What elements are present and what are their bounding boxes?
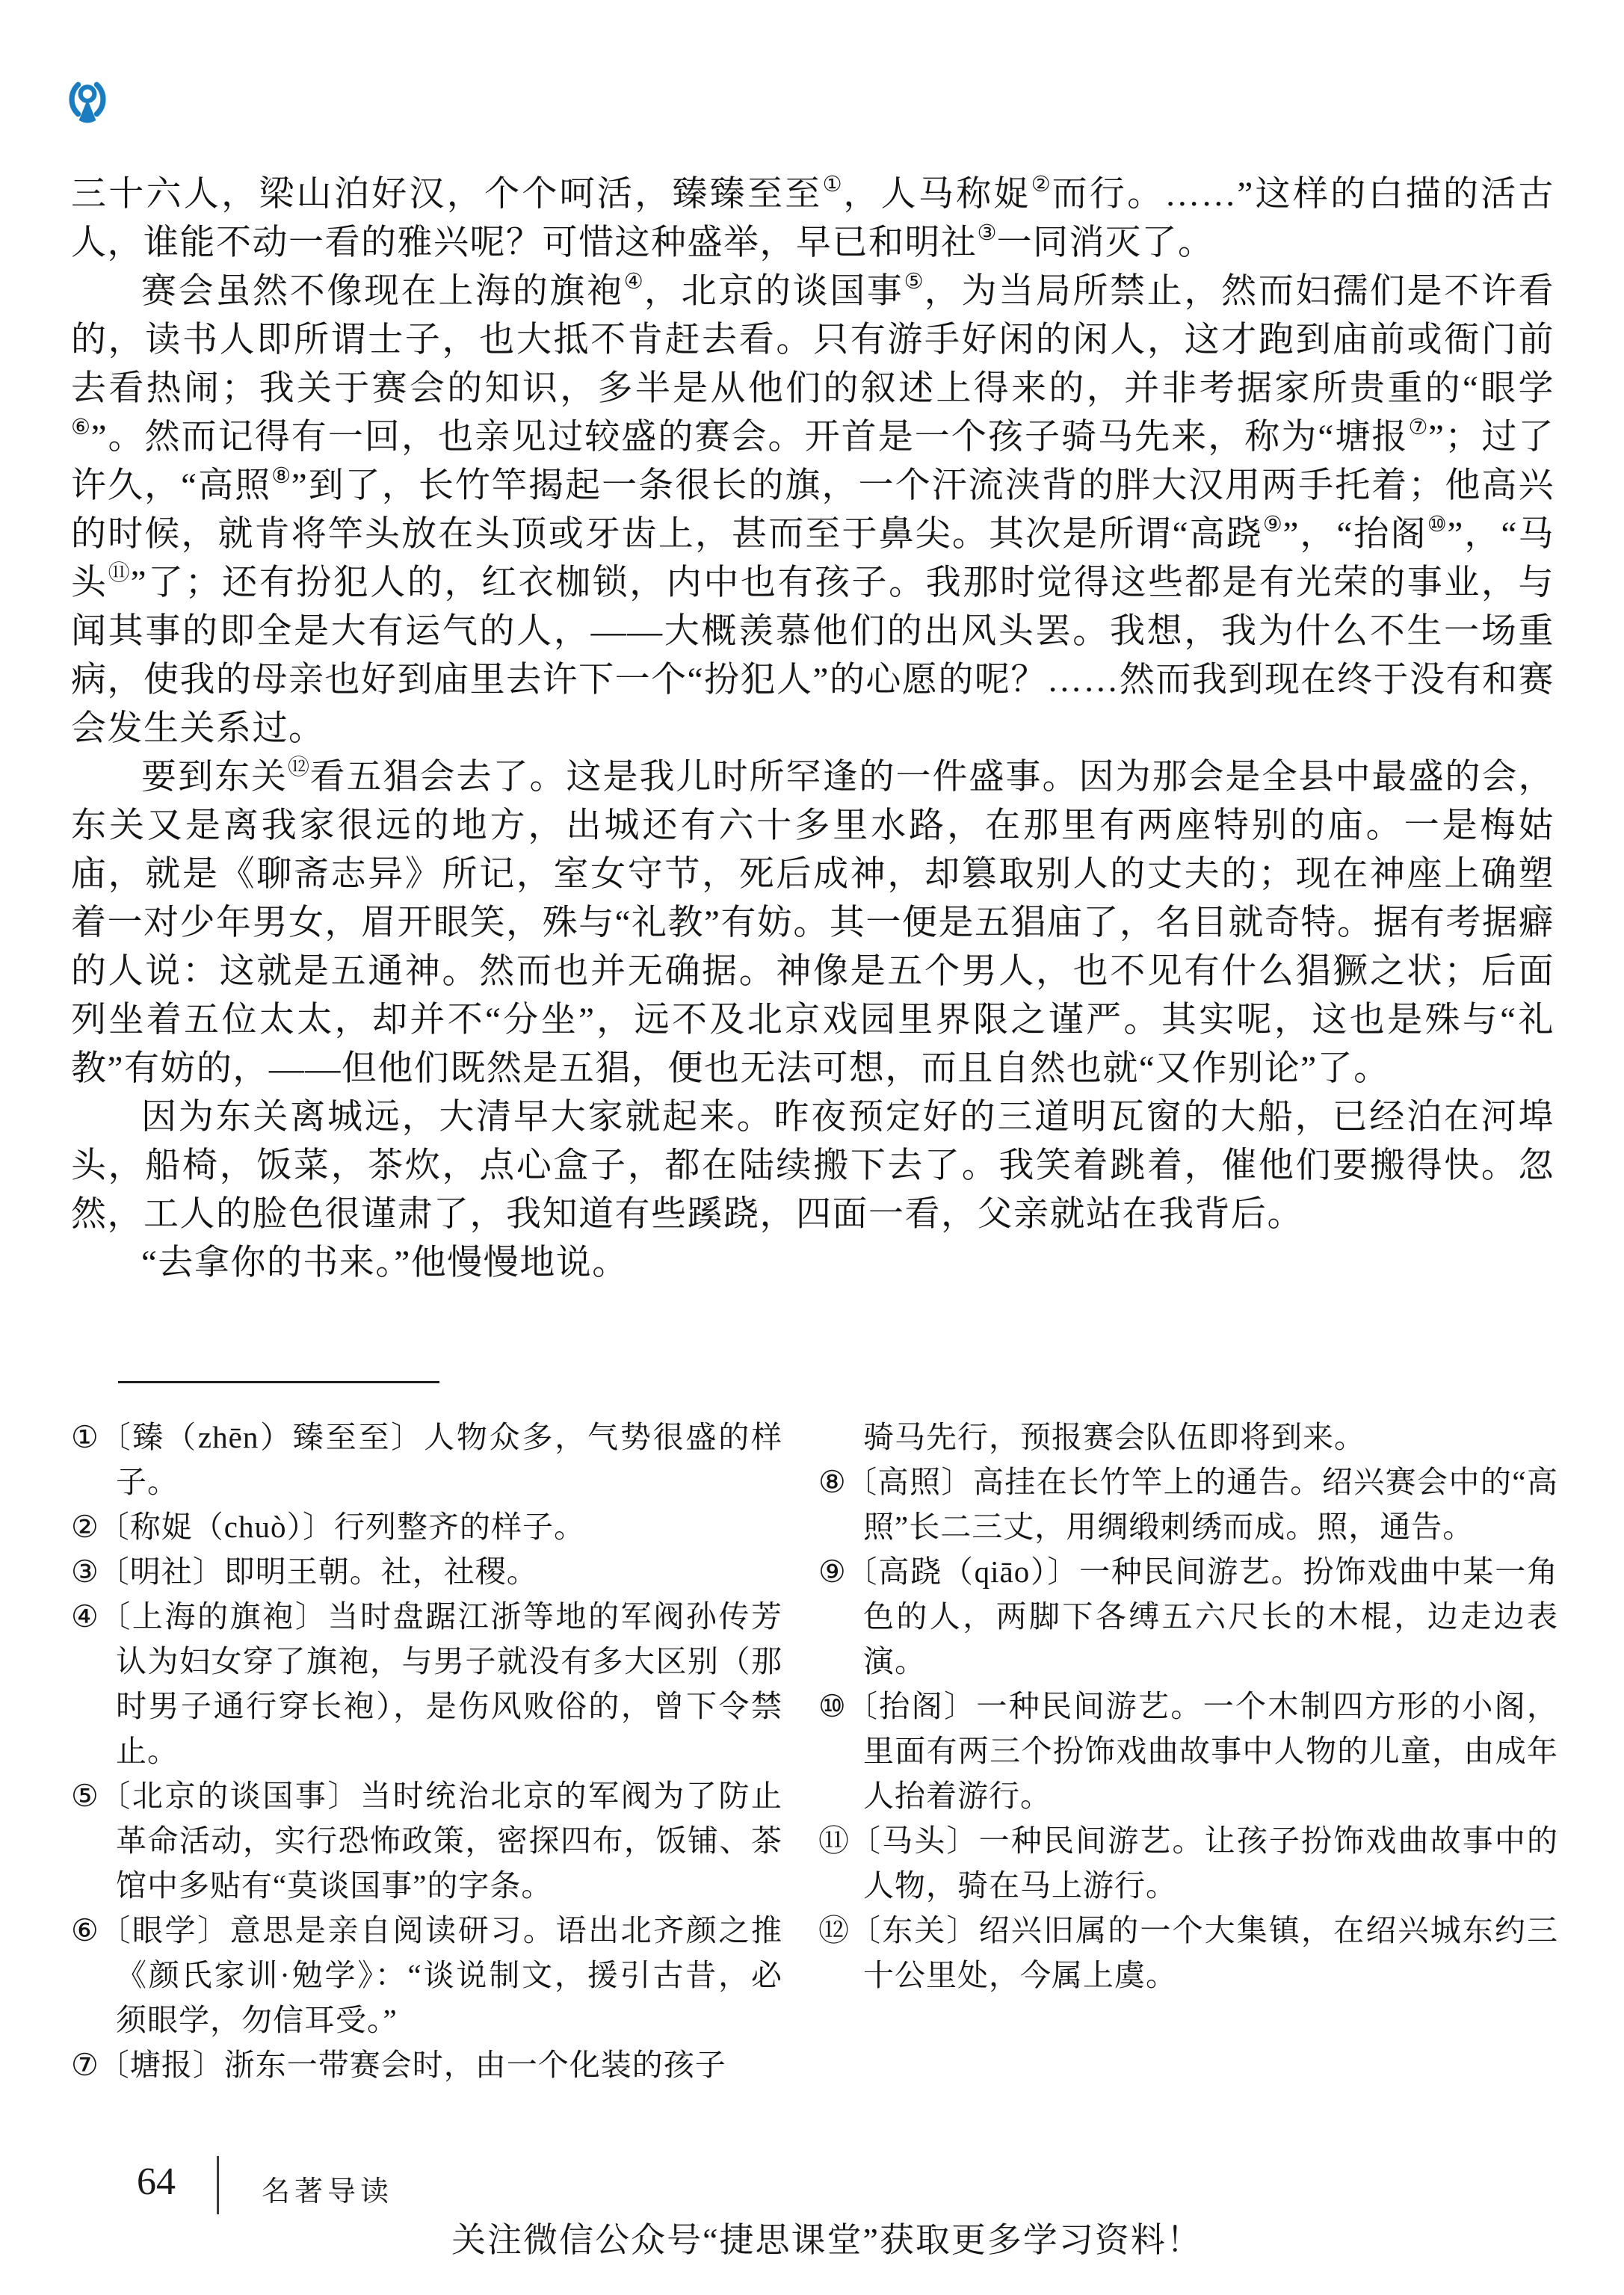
paragraph: 赛会虽然不像现在上海的旗袍④，北京的谈国事⑤，为当局所禁止，然而妇孺们是不许看的…	[71, 268, 1554, 753]
footnote-text: 〔北京的谈国事〕当时统治北京的军阀为了防止革命活动，实行恐怖政策，密探四布，饭铺…	[99, 1779, 782, 1903]
footnote-text: 〔高照〕高挂在长竹竿上的通告。绍兴赛会中的“高照”长二三丈，用绸缎刺绣而成。照，…	[846, 1465, 1558, 1544]
footnote-number: ⑤	[71, 1779, 99, 1813]
footnote-number: ④	[71, 1599, 99, 1634]
broadcast-person-icon	[66, 79, 109, 124]
text-run: ”。然而记得有一回，也亲见过较盛的赛会。开首是一个孩子骑马先来，称为“塘报	[91, 418, 1409, 457]
text-run: 一同消灭了。	[997, 223, 1214, 262]
footnote-ref: ②	[1031, 173, 1052, 197]
page-number: 64	[137, 2160, 176, 2204]
footnote-item: ⑤〔北京的谈国事〕当时统治北京的军阀为了防止革命活动，实行恐怖政策，密探四布，饭…	[71, 1773, 782, 1908]
footnote-number: ⑫	[818, 1913, 850, 1947]
footnote-item: ⑥〔眼学〕意思是亲自阅读研习。语出北齐颜之推《颜氏家训·勉学》：“谈说制文，援引…	[71, 1908, 782, 2042]
text-run: ”，“抬阁	[1282, 515, 1427, 554]
footnote-number: ⑥	[71, 1913, 99, 1947]
footnote-text: 〔抬阁〕一种民间游艺。一个木制四方形的小阁，里面有两三个扮饰戏曲故事中人物的儿童…	[847, 1689, 1558, 1813]
footnotes: ①〔臻（zhēn）臻至至〕人物众多，气势很盛的样子。②〔称娖（chuò）〕行列整…	[71, 1415, 1558, 2087]
footnote-ref: ⑩	[1427, 513, 1448, 537]
footnote-number: ⑨	[818, 1554, 847, 1589]
footnote-ref: ⑦	[1408, 416, 1428, 439]
footnote-text: 〔眼学〕意思是亲自阅读研习。语出北齐颜之推《颜氏家训·勉学》：“谈说制文，援引古…	[99, 1913, 782, 2037]
footnote-number: ③	[71, 1554, 99, 1589]
footnote-number: ⑪	[818, 1823, 850, 1858]
section-title: 名著导读	[262, 2168, 393, 2209]
paragraph: 三十六人，梁山泊好汉，个个呵活，臻臻至至①，人马称娖②而行。……”这样的白描的活…	[71, 170, 1554, 268]
text-run: 三十六人，梁山泊好汉，个个呵活，臻臻至至	[71, 175, 823, 214]
text-run: ，人马称娖	[843, 175, 1031, 214]
footnote-item: ⑫〔东关〕绍兴旧属的一个大集镇，在绍兴城东约三十公里处，今属上虞。	[818, 1908, 1558, 1998]
text-run: 要到东关	[141, 758, 288, 797]
footnote-item: ⑪〔马头〕一种民间游艺。让孩子扮饰戏曲故事中的人物，骑在马上游行。	[818, 1818, 1558, 1908]
footnote-item: ⑧〔高照〕高挂在长竹竿上的通告。绍兴赛会中的“高照”长二三丈，用绸缎刺绣而成。照…	[818, 1460, 1558, 1549]
text-run: ，北京的谈国事	[644, 272, 904, 311]
footnote-ref: ⑧	[271, 464, 291, 488]
footnote-item: ③〔明社〕即明王朝。社，社稷。	[71, 1549, 782, 1594]
footnote-number: ①	[71, 1420, 100, 1454]
footnote-ref: ④	[624, 270, 644, 294]
paragraph: “去拿你的书来。”他慢慢地说。	[71, 1239, 1554, 1288]
text-run: ”了；还有扮犯人的，红衣枷锁，内中也有孩子。我那时觉得这些都是有光荣的事业，与闻…	[71, 563, 1554, 748]
footnote-ref: ⑫	[288, 756, 310, 779]
footnote-text: 〔马头〕一种民间游艺。让孩子扮饰戏曲故事中的人物，骑在马上游行。	[850, 1823, 1558, 1903]
footnote-divider	[118, 1381, 439, 1383]
footnote-number: ⑧	[818, 1465, 846, 1499]
footnote-item: ②〔称娖（chuò）〕行列整齐的样子。	[71, 1504, 782, 1549]
text-run: 赛会虽然不像现在上海的旗袍	[141, 272, 624, 311]
footnote-text: 〔称娖（chuò）〕行列整齐的样子。	[99, 1510, 585, 1544]
footnote-text: 〔上海的旗袍〕当时盘踞江浙等地的军阀孙传芳认为妇女穿了旗袍，与男子就没有多大区别…	[99, 1599, 782, 1768]
footnote-item: ⑨〔高跷（qiāo）〕一种民间游艺。扮饰戏曲中某一角色的人，两脚下各缚五六尺长的…	[818, 1549, 1558, 1684]
footnote-item: 骑马先行，预报赛会队伍即将到来。	[818, 1415, 1558, 1460]
footnote-ref: ⑨	[1263, 513, 1283, 537]
footnote-text: 〔塘报〕浙东一带赛会时，由一个化装的孩子	[99, 2048, 726, 2082]
text-run: 因为东关离城远，大清早大家就起来。昨夜预定好的三道明瓦窗的大船，已经泊在河埠头，…	[71, 1098, 1554, 1234]
paragraph: 因为东关离城远，大清早大家就起来。昨夜预定好的三道明瓦窗的大船，已经泊在河埠头，…	[71, 1093, 1554, 1239]
footnote-number: ⑩	[818, 1689, 847, 1723]
footnote-number: ⑦	[71, 2048, 99, 2082]
paragraph: 要到东关⑫看五猖会去了。这是我儿时所罕逢的一件盛事。因为那会是全县中最盛的会，东…	[71, 753, 1554, 1093]
footnote-text: 〔高跷（qiāo）〕一种民间游艺。扮饰戏曲中某一角色的人，两脚下各缚五六尺长的木…	[847, 1554, 1558, 1678]
footnote-text: 〔明社〕即明王朝。社，社稷。	[99, 1554, 538, 1589]
footnote-item: ⑦〔塘报〕浙东一带赛会时，由一个化装的孩子	[71, 2042, 782, 2087]
footnote-text: 骑马先行，预报赛会队伍即将到来。	[863, 1420, 1365, 1454]
footnote-item: ⑩〔抬阁〕一种民间游艺。一个木制四方形的小阁，里面有两三个扮饰戏曲故事中人物的儿…	[818, 1684, 1558, 1818]
footer-divider-bar	[217, 2156, 219, 2214]
footnotes-right: 骑马先行，预报赛会队伍即将到来。⑧〔高照〕高挂在长竹竿上的通告。绍兴赛会中的“高…	[818, 1415, 1558, 2087]
footnote-text: 〔东关〕绍兴旧属的一个大集镇，在绍兴城东约三十公里处，今属上虞。	[850, 1913, 1558, 1992]
textbook-page: 三十六人，梁山泊好汉，个个呵活，臻臻至至①，人马称娖②而行。……”这样的白描的活…	[0, 0, 1624, 2295]
footnote-ref: ⑥	[71, 416, 91, 439]
footnote-ref: ①	[823, 173, 844, 197]
footnote-ref: ③	[978, 221, 997, 245]
footnote-ref: ⑪	[108, 561, 131, 585]
footnote-ref: ⑤	[904, 270, 924, 294]
footnotes-left: ①〔臻（zhēn）臻至至〕人物众多，气势很盛的样子。②〔称娖（chuò）〕行列整…	[71, 1415, 782, 2087]
text-run: 看五猖会去了。这是我儿时所罕逢的一件盛事。因为那会是全县中最盛的会，东关又是离我…	[71, 758, 1554, 1088]
footnote-item: ④〔上海的旗袍〕当时盘踞江浙等地的军阀孙传芳认为妇女穿了旗袍，与男子就没有多大区…	[71, 1594, 782, 1773]
text-run: “去拿你的书来。”他慢慢地说。	[141, 1244, 629, 1282]
body-text: 三十六人，梁山泊好汉，个个呵活，臻臻至至①，人马称娖②而行。……”这样的白描的活…	[71, 170, 1554, 1288]
footnote-text: 〔臻（zhēn）臻至至〕人物众多，气势很盛的样子。	[100, 1420, 782, 1499]
footnote-number: ②	[71, 1510, 99, 1544]
promo-text: 关注微信公众号“捷思课堂”获取更多学习资料！	[0, 2213, 1624, 2262]
footnote-item: ①〔臻（zhēn）臻至至〕人物众多，气势很盛的样子。	[71, 1415, 782, 1504]
